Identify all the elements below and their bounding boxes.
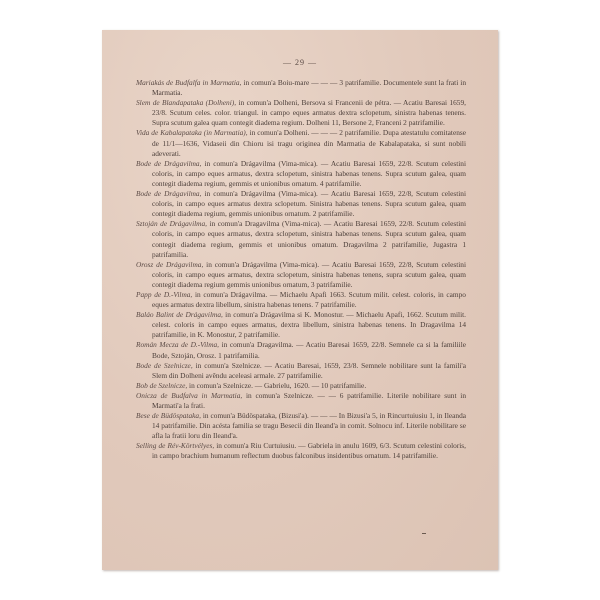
family-name: Bob de Szelnicze,	[136, 381, 187, 390]
family-entry: Bode de Drágavilma, in comun'a Drágavilm…	[136, 159, 466, 189]
family-entry: Bob de Szelnicze, in comun'a Szelnicze. …	[136, 381, 466, 391]
family-entry: Sztoján de Drágavilma, in comun'a Dragav…	[136, 219, 466, 259]
family-entry: Orosz de Drágavilma, in comun'a Drágavil…	[136, 260, 466, 290]
document-page: — 29 — Mariakás de Budfalfa in Marmatia,…	[102, 30, 498, 570]
entry-text: in comun'a Drágavilma. — Michaelu Apafi …	[152, 290, 466, 309]
family-name: Papp de D.-Vilma,	[136, 290, 192, 299]
family-name: Mariakás de Budfalfa in Marmatia,	[136, 78, 241, 87]
family-entry: Papp de D.-Vilma, in comun'a Drágavilma.…	[136, 290, 466, 310]
family-entry: Baláo Balint de Drágavilma, in comun'a D…	[136, 310, 466, 340]
family-name: Vida de Kabalapataka (in Marmatia),	[136, 128, 248, 137]
family-entry: Slem de Blandapataka (Dolheni), in comun…	[136, 98, 466, 128]
family-name: Román Mecza de D.-Vilma,	[136, 340, 219, 349]
entry-list: Mariakás de Budfalfa in Marmatia, in com…	[136, 78, 466, 462]
family-name: Baláo Balint de Drágavilma,	[136, 310, 223, 319]
family-name: Bode de Szelnicze,	[136, 361, 193, 370]
family-name: Bese de Büdöspataka,	[136, 411, 201, 420]
family-entry: Bode de Szelnicze, in comun'a Szelnicze.…	[136, 361, 466, 381]
family-entry: Mariakás de Budfalfa in Marmatia, in com…	[136, 78, 466, 98]
page-number: — 29 —	[102, 58, 498, 67]
family-name: Selling de Rév-Körtvélyes,	[136, 441, 214, 450]
family-name: Orosz de Drágavilma,	[136, 260, 203, 269]
family-entry: Román Mecza de D.-Vilma, in comun'a Drag…	[136, 340, 466, 360]
family-entry: Bese de Büdöspataka, in comun'a Büdöspat…	[136, 411, 466, 441]
family-name: Onicza de Budfalva in Marmatia,	[136, 391, 242, 400]
family-name: Slem de Blandapataka (Dolheni),	[136, 98, 236, 107]
entry-text: in comun'a Szelnicze. — Gabrielu, 1620. …	[187, 381, 366, 390]
entry-text: in comun'a Szelnicze. — Acatiu Baresai, …	[152, 361, 466, 380]
family-name: Sztoján de Drágavilma,	[136, 219, 207, 228]
family-entry: Onicza de Budfalva in Marmatia, in comun…	[136, 391, 466, 411]
family-entry: Bode de Drágavilma, in comun'a Drágavilm…	[136, 189, 466, 219]
family-entry: Selling de Rév-Körtvélyes, in comun'a Ri…	[136, 441, 466, 461]
paper-speck	[422, 533, 426, 534]
family-name: Bode de Drágavilma,	[136, 159, 201, 168]
family-name: Bode de Drágavilma,	[136, 189, 201, 198]
family-entry: Vida de Kabalapataka (in Marmatia), in c…	[136, 128, 466, 158]
